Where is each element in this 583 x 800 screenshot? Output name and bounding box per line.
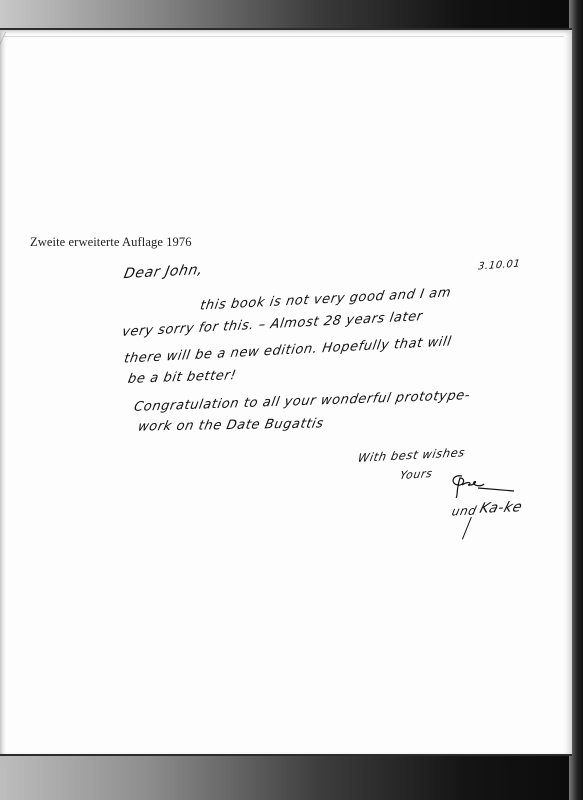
book-page: Zweite erweiterte Auflage 1976 Dear John… xyxy=(0,28,572,756)
page-corner-fold xyxy=(0,32,18,54)
signature-scribble xyxy=(448,470,518,498)
note-line-2: very sorry for this. – Almost 28 years l… xyxy=(121,309,424,340)
page-edge xyxy=(4,36,564,37)
note-date: 3.10.01 xyxy=(477,258,520,272)
edition-note: Zweite erweiterte Auflage 1976 xyxy=(30,235,192,250)
closing: With best wishes xyxy=(357,445,467,465)
conjunction: und xyxy=(451,504,479,519)
signature-stroke xyxy=(462,517,481,543)
second-signature: Ka-ke xyxy=(478,499,525,517)
note-line-3: there will be a new edition. Hopefully t… xyxy=(123,334,453,366)
greeting: Dear John, xyxy=(122,262,204,282)
note-line-4: be a bit better! xyxy=(127,368,238,387)
note-line-5: Congratulation to all your wonderful pro… xyxy=(133,388,472,415)
scanner-border-bottom xyxy=(0,752,583,800)
valediction: Yours xyxy=(399,467,434,482)
scanner-border-top xyxy=(0,0,583,30)
note-line-6: work on the Date Bugattis xyxy=(137,416,325,434)
